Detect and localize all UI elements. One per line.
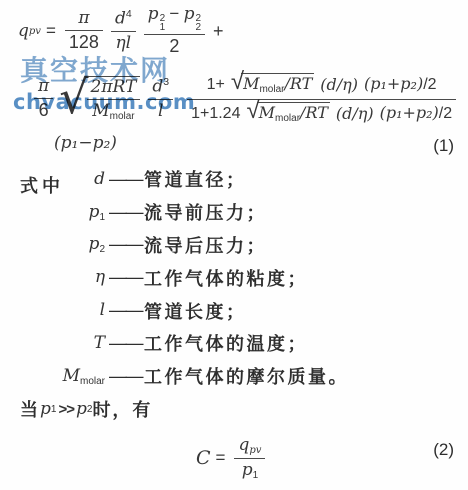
radical-sign: √ <box>231 70 244 94</box>
symbol-base: d <box>94 169 105 189</box>
radicand: Mmolar/RT <box>257 102 330 124</box>
fraction-d4-over-etal: d4 ηl <box>111 9 136 52</box>
symbol: p2 <box>20 234 105 255</box>
definition-text: 管道直径； <box>144 166 247 192</box>
plus-sign: + <box>213 21 224 42</box>
radical-Mmolar-over-RT: √ Mmolar/RT <box>246 102 329 126</box>
subscript: 2 <box>195 23 201 32</box>
definition-text: 工作气体的温度； <box>144 330 308 356</box>
p1-symbol: p <box>242 460 253 480</box>
fraction-numerator: 1+ √ Mmolar/RT (d/η) (p₁+p₂)/2 <box>187 73 456 100</box>
symbol-base: p <box>89 202 100 222</box>
flowrate-subscript: pv <box>249 445 261 456</box>
flowrate-subscript: pv <box>29 26 41 37</box>
definition-row-T: T —— 工作气体的温度； <box>20 327 349 360</box>
definition-row-d: d —— 管道直径； <box>20 163 349 196</box>
d-symbol: d <box>115 9 126 29</box>
symbol-subscript: 1 <box>99 212 105 223</box>
d-over-eta-term: (d/η) <box>320 76 358 94</box>
p1-symbol: p <box>148 4 159 24</box>
fraction-numerator: d4 <box>111 9 136 31</box>
symbol-base: η <box>95 267 105 287</box>
equation-1-line-3: (p₁−p₂) <box>54 133 117 153</box>
condition-line: 当 p1 >> p2 时，有 <box>20 396 152 422</box>
much-greater-than: >> <box>58 401 74 418</box>
molar-mass-symbol: M <box>259 103 275 122</box>
definition-text: 流导后压力； <box>144 232 267 258</box>
molar-subscript: molar <box>275 113 300 124</box>
definition-dash: —— <box>109 366 142 387</box>
definition-dash: —— <box>109 234 142 255</box>
fraction-pi-over-128: π 128 <box>65 9 103 52</box>
numerator-prefix: 1+ <box>207 76 225 94</box>
slip-correction-fraction: 1+ √ Mmolar/RT (d/η) (p₁+p₂)/2 1+1.24 √ … <box>187 73 456 126</box>
definition-dash: —— <box>109 169 142 190</box>
mean-pressure-term: (p₁+p₂)/2 <box>380 104 453 123</box>
document-page: qpv = π 128 d4 ηl p21 − p22 2 + π 6 √ <box>0 0 468 490</box>
symbol-base: M <box>63 366 80 386</box>
radical-Mmolar-over-RT: √ Mmolar/RT <box>231 73 314 97</box>
symbol-base: p <box>89 234 100 254</box>
fraction-denominator: 1+1.24 √ Mmolar/RT (d/η) (p₁+p₂)/2 <box>187 100 456 126</box>
definition-row-l: l —— 管道长度； <box>20 294 349 327</box>
symbol: p1 <box>20 202 105 223</box>
flowrate-symbol: q <box>238 435 249 455</box>
exponent: 4 <box>126 8 132 20</box>
radicand: Mmolar/RT <box>241 73 314 95</box>
pressure-sum: (p₁+p₂) <box>380 103 439 122</box>
definition-row-Mmolar: Mmolar —— 工作气体的摩尔质量。 <box>20 360 349 393</box>
definition-row-eta: η —— 工作气体的粘度； <box>20 261 349 294</box>
condition-suffix: 时，有 <box>92 396 152 422</box>
equation-2: C = qpv p1 <box>196 432 269 484</box>
pressure-sum: (p₁+p₂) <box>364 74 423 93</box>
p2-symbol: p <box>76 399 87 419</box>
p1-symbol: p <box>40 399 51 419</box>
fraction-numerator: π <box>65 9 103 31</box>
p1-subscript: 1 <box>51 404 57 415</box>
definition-dash: —— <box>109 202 142 223</box>
radical-sign: √ <box>246 99 259 123</box>
d-over-eta-term: (d/η) <box>336 105 374 123</box>
symbol: l <box>20 300 105 321</box>
fraction-qpv-over-p1: qpv p1 <box>234 436 265 481</box>
molar-subscript: molar <box>259 84 284 95</box>
fraction-numerator: qpv <box>234 436 265 459</box>
definition-text: 流导前压力； <box>144 199 267 225</box>
conductance-symbol: C <box>196 447 211 469</box>
symbol: Mmolar <box>20 366 105 387</box>
symbol-base: T <box>94 333 105 353</box>
p2-symbol: p <box>184 4 195 24</box>
definition-row-p2: p2 —— 流导后压力； <box>20 229 349 262</box>
flowrate-symbol: q <box>18 21 29 41</box>
p2-indices: 22 <box>195 14 201 32</box>
over-RT: /RT <box>284 74 312 93</box>
watermark-site-url: chvacuum.com <box>13 90 195 114</box>
definition-row-p1: p1 —— 流导前压力； <box>20 196 349 229</box>
definition-dash: —— <box>109 267 142 288</box>
p1-indices: 21 <box>160 14 166 32</box>
symbol: T <box>20 333 105 354</box>
subscript: 1 <box>160 23 166 32</box>
half-divisor: /2 <box>439 105 452 122</box>
equation-1-number: (1) <box>433 136 454 156</box>
watermark-site-name: 真空技术网 <box>20 49 170 89</box>
molar-mass-symbol: M <box>243 74 259 93</box>
definition-dash: —— <box>109 333 142 354</box>
definition-text: 管道长度； <box>144 298 247 324</box>
symbol: d <box>20 169 105 190</box>
condition-prefix: 当 <box>20 396 40 422</box>
mean-pressure-term: (p₁+p₂)/2 <box>364 75 437 94</box>
half-divisor: /2 <box>423 76 436 93</box>
p1-subscript: 1 <box>253 470 259 481</box>
minus-sign: − <box>169 4 179 23</box>
fraction-denominator: p1 <box>234 459 265 481</box>
symbol: η <box>20 267 105 288</box>
definition-text: 工作气体的摩尔质量。 <box>144 363 349 389</box>
definition-dash: —— <box>109 300 142 321</box>
symbol-definition-list: d —— 管道直径； p1 —— 流导前压力； p2 —— 流导后压力； η —… <box>20 163 349 393</box>
equation-2-number: (2) <box>433 440 454 460</box>
symbol-base: l <box>100 300 105 320</box>
denominator-prefix: 1+1.24 <box>191 105 240 123</box>
equals-sign: = <box>46 21 56 41</box>
equals-sign: = <box>216 448 226 468</box>
definition-text: 工作气体的粘度； <box>144 265 308 291</box>
symbol-subscript: molar <box>80 376 105 387</box>
symbol-subscript: 2 <box>99 244 105 255</box>
fraction-numerator: p21 − p22 <box>144 5 205 35</box>
over-RT: /RT <box>300 103 328 122</box>
